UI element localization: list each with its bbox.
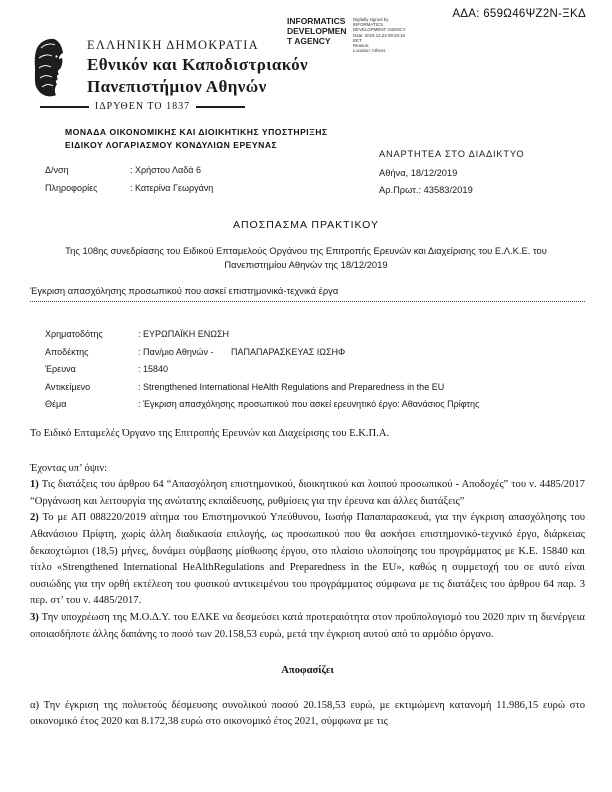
object-label: Αντικείμενο xyxy=(45,379,138,397)
founded-rule-right xyxy=(196,106,245,108)
founded-rule-left xyxy=(40,106,89,108)
department-line1: ΜΟΝΑΔΑ ΟΙΚΟΝΟΜΙΚΗΣ ΚΑΙ ΔΙΟΙΚΗΤΙΚΗΣ ΥΠΟΣΤ… xyxy=(65,126,365,139)
athena-head-icon xyxy=(33,38,79,98)
dotted-divider xyxy=(30,301,585,302)
recipient-value: : Παν/μιο Αθηνών - ΠΑΠΑΠΑΡΑΣΚΕΥΑΣ ΙΩΣΗΦ xyxy=(138,344,345,362)
university-name-line2: Πανεπιστήμιον Αθηνών xyxy=(87,77,308,97)
topic-label: Θέμα xyxy=(45,396,138,414)
consideration-item-3: 3) Την υποχρέωση της Μ.Ο.Δ.Υ. του ΕΛΚΕ ν… xyxy=(30,610,585,643)
item-number: 1) xyxy=(30,479,39,490)
signature-agency-line: T AGENCY xyxy=(287,36,349,46)
opening-statement: Το Ειδικό Επταμελές Όργανο της Επιτροπής… xyxy=(30,426,585,443)
posted-on-internet-label: ΑΝΑΡΤΗΤΕΑ ΣΤΟ ΔΙΑΔΙΚΤΥΟ xyxy=(379,149,584,159)
department-block: ΜΟΝΑΔΑ ΟΙΚΟΝΟΜΙΚΗΣ ΚΑΙ ΔΙΟΙΚΗΤΙΚΗΣ ΥΠΟΣΤ… xyxy=(65,126,365,197)
contact-row-info: Πληροφορίες : Κατερίνα Γεωργάνη xyxy=(45,179,365,197)
object-value: : Strengthened International HeAlth Regu… xyxy=(138,379,444,397)
topic-value: : Έγκριση απασχόλησης προσωπικού που ασκ… xyxy=(138,396,479,414)
contact-row-address: Δ/νση : Χρήστου Λαδά 6 xyxy=(45,161,365,179)
detail-row-funder: Χρηματοδότης : ΕΥΡΩΠΑΪΚΗ ΕΝΩΣΗ xyxy=(45,326,585,344)
having-regard-label: Έχοντας υπ’ όψιν: xyxy=(30,461,585,478)
funder-value: : ΕΥΡΩΠΑΪΚΗ ΕΝΩΣΗ xyxy=(138,326,229,344)
research-value: : 15840 xyxy=(138,361,168,379)
research-label: Έρευνα xyxy=(45,361,138,379)
detail-row-recipient: Αποδέκτης : Παν/μιο Αθηνών - ΠΑΠΑΠΑΡΑΣΚΕ… xyxy=(45,344,585,362)
item-number: 3) xyxy=(30,612,39,623)
city-date: Αθήνα, 18/12/2019 xyxy=(379,168,584,178)
decides-heading: Αποφασίζει xyxy=(30,663,585,680)
hellenic-republic-label: ΕΛΛΗΝΙΚΗ ΔΗΜΟΚΡΑΤΙΑ xyxy=(87,38,308,53)
consideration-item-2: 2) Το με ΑΠ 088220/2019 αίτημα του Επιστ… xyxy=(30,510,585,610)
masthead-text: ΕΛΛΗΝΙΚΗ ΔΗΜΟΚΡΑΤΙΑ Εθνικόν και Καποδιστ… xyxy=(87,38,308,97)
item-text: Τις διατάξεις του άρθρου 64 “Απασχόληση … xyxy=(30,479,585,507)
department-line2: ΕΙΔΙΚΟΥ ΛΟΓΑΡΙΑΣΜΟΥ ΚΟΝΔΥΛΙΩΝ ΕΡΕΥΝΑΣ xyxy=(65,139,365,152)
address-label: Δ/νση xyxy=(45,161,130,179)
detail-row-research: Έρευνα : 15840 xyxy=(45,361,585,379)
detail-row-object: Αντικείμενο : Strengthened International… xyxy=(45,379,585,397)
founded-label: ΙΔΡΥΘΕΝ ΤΟ 1837 xyxy=(95,101,190,112)
session-description: Της 108ης συνεδρίασης του Ειδικού Επταμε… xyxy=(41,244,571,272)
decision-paragraph-a: α) Την έγκριση της πολυετούς δέσμευσης σ… xyxy=(30,698,585,731)
funder-label: Χρηματοδότης xyxy=(45,326,138,344)
protocol-number: Αρ.Πρωτ.: 43583/2019 xyxy=(379,185,584,195)
recipient-label: Αποδέκτης xyxy=(45,344,138,362)
address-value: : Χρήστου Λαδά 6 xyxy=(130,161,201,179)
info-label: Πληροφορίες xyxy=(45,179,130,197)
signature-detail-line: Location: Athens xyxy=(353,48,431,53)
posting-block: ΑΝΑΡΤΗΤΕΑ ΣΤΟ ΔΙΑΔΙΚΤΥΟ Αθήνα, 18/12/201… xyxy=(379,126,584,197)
signature-agency-name: INFORMATICS DEVELOPMEN T AGENCY xyxy=(287,16,349,53)
contact-block: Δ/νση : Χρήστου Λαδά 6 Πληροφορίες : Κατ… xyxy=(45,161,365,197)
administrative-block: ΜΟΝΑΔΑ ΟΙΚΟΝΟΜΙΚΗΣ ΚΑΙ ΔΙΟΙΚΗΤΙΚΗΣ ΥΠΟΣΤ… xyxy=(0,126,612,197)
digital-signature-stamp: INFORMATICS DEVELOPMEN T AGENCY Digitall… xyxy=(287,16,431,53)
info-value: : Κατερίνα Γεωργάνη xyxy=(130,179,213,197)
item-text: Το με ΑΠ 088220/2019 αίτημα του Επιστημο… xyxy=(30,512,585,606)
details-list: Χρηματοδότης : ΕΥΡΩΠΑΪΚΗ ΕΝΩΣΗ Αποδέκτης… xyxy=(45,326,585,414)
signature-agency-line: INFORMATICS xyxy=(287,16,349,26)
signature-agency-line: DEVELOPMEN xyxy=(287,26,349,36)
detail-row-topic: Θέμα : Έγκριση απασχόλησης προσωπικού πο… xyxy=(45,396,585,414)
university-name-line1: Εθνικόν και Καποδιστριακόν xyxy=(87,55,308,75)
document-body: Το Ειδικό Επταμελές Όργανο της Επιτροπής… xyxy=(30,426,585,731)
signature-details: Digitally signed by INFORMATICS DEVELOPM… xyxy=(353,16,431,53)
item-text: Την υποχρέωση της Μ.Ο.Δ.Υ. του ΕΛΚΕ να δ… xyxy=(30,612,585,640)
extract-title: ΑΠΟΣΠΑΣΜΑ ΠΡΑΚΤΙΚΟΥ xyxy=(0,219,612,231)
consideration-item-1: 1) Τις διατάξεις του άρθρου 64 “Απασχόλη… xyxy=(30,477,585,510)
ada-code: ΑΔΑ: 659Ω46ΨΖ2Ν-ΞΚΔ xyxy=(452,8,586,20)
founded-banner: ΙΔΡΥΘΕΝ ΤΟ 1837 xyxy=(40,101,245,112)
item-number: 2) xyxy=(30,512,39,523)
document-page: ΑΔΑ: 659Ω46ΨΖ2Ν-ΞΚΔ INFORMATICS DEVELOPM… xyxy=(0,0,612,792)
subject-line: Έγκριση απασχόλησης προσωπικού που ασκεί… xyxy=(30,285,585,296)
